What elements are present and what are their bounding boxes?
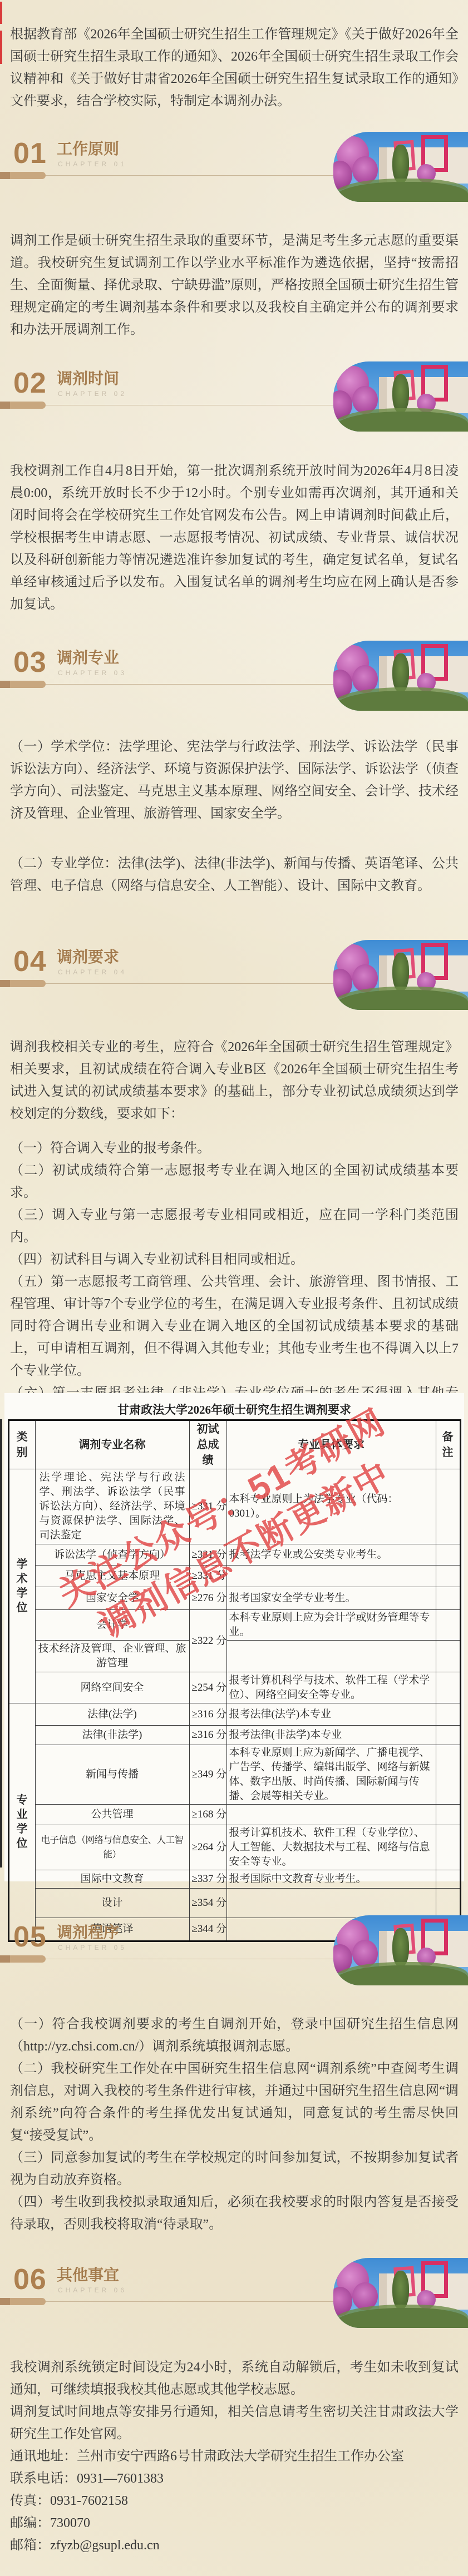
table-row: 马克思主义基本原理 ≥331 分 [8, 1566, 460, 1587]
section-title: 调剂程序 [57, 1924, 119, 1941]
tree-shape [392, 953, 409, 992]
chapter-label: CHAPTER 04 [58, 968, 127, 976]
score-cell: ≥331 分 [189, 1544, 226, 1566]
tree-shape [392, 374, 409, 413]
foliage-shape [333, 691, 468, 711]
foliage-shape [333, 2308, 468, 2328]
blossom-shape [417, 164, 436, 183]
chapter-label: CHAPTER 02 [58, 390, 127, 398]
requirement-item: （五）第一志愿报考工商管理、公共管理、会计、旅游管理、图书情报、工程管理、审计等… [10, 1271, 459, 1382]
score-cell: ≥276 分 [189, 1587, 226, 1610]
blossom-shape [417, 1948, 436, 1966]
requirement-item: （三）调入专业与第一志愿报考专业相同或相近，应在同一学科门类范围内。 [10, 1204, 459, 1249]
body-paragraph: 我校调剂工作自4月8日开始，第一批次调剂系统开放时间为2026年4月8日凌晨0:… [10, 460, 459, 616]
requirement-cell [226, 1641, 436, 1672]
campus-photo [333, 132, 468, 202]
major-cell: 网络空间安全 [35, 1672, 189, 1703]
requirement-cell: 报考国际中文教育专业考生。 [226, 1870, 436, 1889]
requirement-cell: 本科专业原则上为法学专业（代码：0301）。 [226, 1469, 436, 1544]
section-06-body: 我校调剂系统锁定时间设定为24小时，系统自动解锁后，考生如未收到复试通知，可继续… [10, 2356, 459, 2557]
requirement-item: （一）符合调入专业的报考条件。 [10, 1137, 459, 1160]
body-paragraph: 调剂我校相关专业的考生，应符合《2026年全国硕士研究生招生管理规定》相关要求，… [10, 1036, 459, 1125]
score-cell: ≥316 分 [189, 1703, 226, 1726]
divider-pill-dark [0, 980, 10, 987]
major-cell: 电子信息（网络与信息安全、人工智能） [35, 1825, 189, 1870]
adjustment-table-panel: 甘肃政法大学2026年硕士研究生招生调剂要求 类别 调剂专业名称 初试总成绩 专… [4, 1393, 464, 1881]
requirement-cell: 本科专业原则上应为新闻学、广播电视学、广告学、传播学、编辑出版学、网络与新媒体、… [226, 1745, 436, 1805]
body-paragraph: 调剂工作是硕士研究生招生录取的重要环节，是满足考生多元志愿的重要渠道。我校研究生… [10, 230, 459, 341]
note-cell [436, 1805, 460, 1825]
contact-phone: 联系电话：0931—7601383 [10, 2468, 459, 2490]
body-paragraph: （一）学术学位：法学理论、宪法学与行政法学、刑法学、诉讼法学（民事诉讼法方向）、… [10, 736, 459, 825]
score-cell: ≥316 分 [189, 1726, 226, 1745]
section-05-body: （一）符合我校调剂要求的考生自调剂开始，登录中国研究生招生信息网（http://… [10, 2013, 459, 2236]
section-number: 05 [13, 1920, 47, 1954]
requirement-cell [226, 1805, 436, 1825]
major-cell: 新闻与传播 [35, 1745, 189, 1805]
note-cell [436, 1703, 460, 1726]
building-shade [379, 656, 387, 693]
table-row: 技术经济及管理、企业管理、旅游管理 [8, 1641, 460, 1672]
score-cell: ≥254 分 [189, 1672, 226, 1703]
major-cell: 诉讼法学（侦查学方向） [35, 1544, 189, 1566]
section-number: 06 [13, 2263, 47, 2296]
divider-line [46, 1959, 333, 1959]
major-cell: 国家安全学 [35, 1587, 189, 1610]
section-title: 调剂要求 [57, 948, 119, 966]
column-header: 类别 [8, 1420, 35, 1469]
left-edge-red-mark [0, 2, 2, 24]
requirement-cell: 报考计算机科学与技术、软件工程（学术学位）、网络空间安全等专业。 [226, 1672, 436, 1703]
note-cell [436, 1544, 460, 1566]
foliage-shape [333, 1965, 468, 1985]
section-04-header: 04 调剂要求 CHAPTER 04 [0, 945, 468, 1023]
major-cell: 法学理论、宪法学与行政法学、刑法学、诉讼法学（民事诉讼法方向）、经济法学、环境与… [35, 1469, 189, 1544]
section-title: 其他事宜 [57, 2266, 119, 2284]
table-row: 专业学位 法律(法学) ≥316 分 报考法律(法学)本专业 [8, 1703, 460, 1726]
intro-paragraph: 根据教育部《2026年全国硕士研究生招生工作管理规定》《关于做好2026年全国硕… [10, 23, 459, 112]
tree-shape [392, 1928, 409, 1967]
note-cell [436, 1566, 460, 1587]
note-cell [436, 1825, 460, 1870]
divider-pill-dark [0, 1955, 10, 1963]
note-cell [436, 1469, 460, 1544]
category-cell: 专业学位 [8, 1703, 35, 1941]
table-row: 法律(非法学) ≥316 分 报考法律(非法学)本专业 [8, 1726, 460, 1745]
note-cell [436, 1672, 460, 1703]
major-cell: 技术经济及管理、企业管理、旅游管理 [35, 1641, 189, 1672]
building-shade [379, 2273, 387, 2310]
divider-pill-dark [0, 681, 10, 688]
body-paragraph: （二）专业学位：法律(法学)、法律(非法学)、新闻与传播、英语笔译、公共管理、电… [10, 853, 459, 897]
adjustment-requirements-table: 类别 调剂专业名称 初试总成绩 专业具体要求 备注 学术学位 法学理论、宪法学与… [8, 1419, 461, 1942]
requirement-cell [226, 1889, 436, 1918]
foliage-shape [333, 412, 468, 432]
requirement-cell: 报考法律(法学)本专业 [226, 1703, 436, 1726]
table-row: 电子信息（网络与信息安全、人工智能） ≥264 分 报考计算机技术、软件工程（专… [8, 1825, 460, 1870]
requirement-item: （二）初试成绩符合第一志愿报考专业在调入地区的全国初试成绩基本要求。 [10, 1160, 459, 1204]
tree-shape [392, 2271, 409, 2310]
column-header: 专业具体要求 [226, 1420, 436, 1469]
section-03-body: （一）学术学位：法学理论、宪法学与行政法学、刑法学、诉讼法学（民事诉讼法方向）、… [10, 736, 459, 897]
score-cell: ≥354 分 [189, 1889, 226, 1918]
requirement-cell: 报考法律(非法学)本专业 [226, 1726, 436, 1745]
score-cell: ≥264 分 [189, 1825, 226, 1870]
column-header: 备注 [436, 1420, 460, 1469]
campus-photo [333, 2258, 468, 2328]
building-shade [379, 147, 387, 184]
tree-shape [392, 145, 409, 184]
table-row: 设计 ≥354 分 [8, 1889, 460, 1918]
table-title: 甘肃政法大学2026年硕士研究生招生调剂要求 [4, 1401, 464, 1418]
note-cell [436, 1870, 460, 1889]
blossom-shape [417, 972, 436, 991]
score-cell: ≥331 分 [189, 1469, 226, 1544]
contact-email: 邮箱：zfyzb@gsupl.edu.cn [10, 2534, 459, 2557]
note-cell [436, 1587, 460, 1610]
blossom-shape [352, 665, 378, 693]
chapter-label: CHAPTER 05 [58, 1944, 127, 1951]
foliage-shape [333, 182, 468, 202]
table-row: 新闻与传播 ≥349 分 本科专业原则上应为新闻学、广播电视学、广告学、传播学、… [8, 1745, 460, 1805]
body-paragraph: （二）我校研究生工作处在中国研究生招生信息网“调剂系统”中查阅考生调剂信息，对调… [10, 2058, 459, 2147]
building-shade [379, 377, 387, 414]
note-cell [436, 1641, 460, 1672]
table-row: 国际中文教育 ≥337 分 报考国际中文教育专业考生。 [8, 1870, 460, 1889]
requirement-cell: 报考计算机技术、软件工程（专业学位）、人工智能、大数据技术与工程、网络与信息安全… [226, 1825, 436, 1870]
table-row: 公共管理 ≥168 分 [8, 1805, 460, 1825]
body-paragraph: （一）符合我校调剂要求的考生自调剂开始，登录中国研究生招生信息网（http://… [10, 2013, 459, 2058]
note-cell [436, 1610, 460, 1641]
blossom-shape [352, 1940, 378, 1968]
body-paragraph: （四）考生收到我校拟录取通知后，必须在我校要求的时限内答复是否接受待录取，否则我… [10, 2191, 459, 2236]
section-title: 工作原则 [57, 140, 119, 158]
left-edge-table-border-mark [0, 1419, 2, 1867]
section-number: 01 [13, 137, 47, 170]
column-header: 初试总成绩 [189, 1420, 226, 1469]
section-title: 调剂时间 [57, 370, 119, 388]
divider-line [46, 983, 333, 984]
building-shade [379, 955, 387, 992]
campus-photo [333, 641, 468, 711]
tree-shape [392, 653, 409, 692]
score-cell: ≥331 分 [189, 1566, 226, 1587]
section-number: 02 [13, 366, 47, 400]
section-01-body: 调剂工作是硕士研究生招生录取的重要环节，是满足考生多元志愿的重要渠道。我校研究生… [10, 230, 459, 341]
score-cell: ≥337 分 [189, 1870, 226, 1889]
chapter-label: CHAPTER 03 [58, 669, 127, 677]
section-number: 03 [13, 646, 47, 679]
section-03-header: 03 调剂专业 CHAPTER 03 [0, 646, 468, 724]
blossom-shape [417, 2290, 436, 2309]
contact-postcode: 邮编：730070 [10, 2512, 459, 2534]
section-02-body: 我校调剂工作自4月8日开始，第一批次调剂系统开放时间为2026年4月8日凌晨0:… [10, 460, 459, 616]
note-cell [436, 1889, 460, 1918]
building-shade [379, 1931, 387, 1968]
note-cell [436, 1726, 460, 1745]
intro-text: 根据教育部《2026年全国硕士研究生招生工作管理规定》《关于做好2026年全国硕… [10, 23, 459, 112]
major-cell: 国际中文教育 [35, 1870, 189, 1889]
table-row: 网络空间安全 ≥254 分 报考计算机科学与技术、软件工程（学术学位）、网络空间… [8, 1672, 460, 1703]
column-header: 调剂专业名称 [35, 1420, 189, 1469]
divider-pill-dark [0, 402, 10, 409]
major-cell: 会计学 [35, 1610, 189, 1641]
section-06-header: 06 其他事宜 CHAPTER 06 [0, 2263, 468, 2341]
divider-line [46, 405, 333, 405]
major-cell: 法律(法学) [35, 1703, 189, 1726]
left-edge-red-mark [0, 31, 2, 64]
blossom-shape [352, 2282, 378, 2310]
score-cell-merged: ≥322 分 [189, 1610, 226, 1672]
section-title: 调剂专业 [57, 649, 119, 667]
body-paragraph: 我校调剂系统锁定时间设定为24小时，系统自动解锁后，考生如未收到复试通知，可继续… [10, 2356, 459, 2401]
table-row: 国家安全学 ≥276 分 报考国家安全学专业考生。 [8, 1587, 460, 1610]
campus-photo [333, 1915, 468, 1985]
blossom-shape [352, 386, 378, 414]
section-02-header: 02 调剂时间 CHAPTER 02 [0, 366, 468, 444]
blossom-shape [352, 964, 378, 992]
requirement-cell: 报考国家安全学专业考生。 [226, 1587, 436, 1610]
table-header-row: 类别 调剂专业名称 初试总成绩 专业具体要求 备注 [8, 1420, 460, 1469]
score-cell: ≥168 分 [189, 1805, 226, 1825]
campus-photo [333, 361, 468, 432]
divider-line [46, 684, 333, 685]
major-cell: 设计 [35, 1889, 189, 1918]
table-row: 学术学位 法学理论、宪法学与行政法学、刑法学、诉讼法学（民事诉讼法方向）、经济法… [8, 1469, 460, 1544]
major-cell: 法律(非法学) [35, 1726, 189, 1745]
body-paragraph: （三）同意参加复试的考生在学校规定的时间参加复试，不按期参加复试者视为自动放弃资… [10, 2147, 459, 2191]
blossom-shape [417, 673, 436, 692]
contact-fax: 传真：0931-7602158 [10, 2490, 459, 2512]
category-cell: 学术学位 [8, 1469, 35, 1703]
campus-photo [333, 940, 468, 1010]
divider-line [46, 175, 333, 176]
score-cell: ≥349 分 [189, 1745, 226, 1805]
foliage-shape [333, 990, 468, 1010]
divider-pill-dark [0, 172, 10, 179]
divider-pill-dark [0, 2298, 10, 2305]
contact-address: 通讯地址：兰州市安宁西路6号甘肃政法大学研究生招生工作办公室 [10, 2445, 459, 2468]
divider-line [46, 2301, 333, 2302]
blossom-shape [417, 394, 436, 413]
requirement-item: （四）初试科目与调入专业初试科目相同或相近。 [10, 1249, 459, 1271]
blossom-shape [352, 156, 378, 184]
requirement-cell [226, 1566, 436, 1587]
requirement-cell: 本科专业原则上应为会计学或财务管理等专业。 [226, 1610, 436, 1641]
chapter-label: CHAPTER 06 [58, 2286, 127, 2294]
announcement-page: 根据教育部《2026年全国硕士研究生招生工作管理规定》《关于做好2026年全国硕… [0, 0, 468, 2576]
body-paragraph: 调剂复试时间地点等安排另行通知，相关信息请考生密切关注甘肃政法大学研究生工作处官… [10, 2401, 459, 2445]
section-number: 04 [13, 945, 47, 978]
section-01-header: 01 工作原则 CHAPTER 01 [0, 137, 468, 215]
major-cell: 马克思主义基本原理 [35, 1566, 189, 1587]
table-row: 会计学 ≥322 分 本科专业原则上应为会计学或财务管理等专业。 [8, 1610, 460, 1641]
note-cell [436, 1745, 460, 1805]
section-05-header: 05 调剂程序 CHAPTER 05 [0, 1920, 468, 1998]
chapter-label: CHAPTER 01 [58, 160, 127, 168]
major-cell: 公共管理 [35, 1805, 189, 1825]
table-row: 诉讼法学（侦查学方向） ≥331 分 报考法学专业或公安类专业考生。 [8, 1544, 460, 1566]
requirement-cell: 报考法学专业或公安类专业考生。 [226, 1544, 436, 1566]
